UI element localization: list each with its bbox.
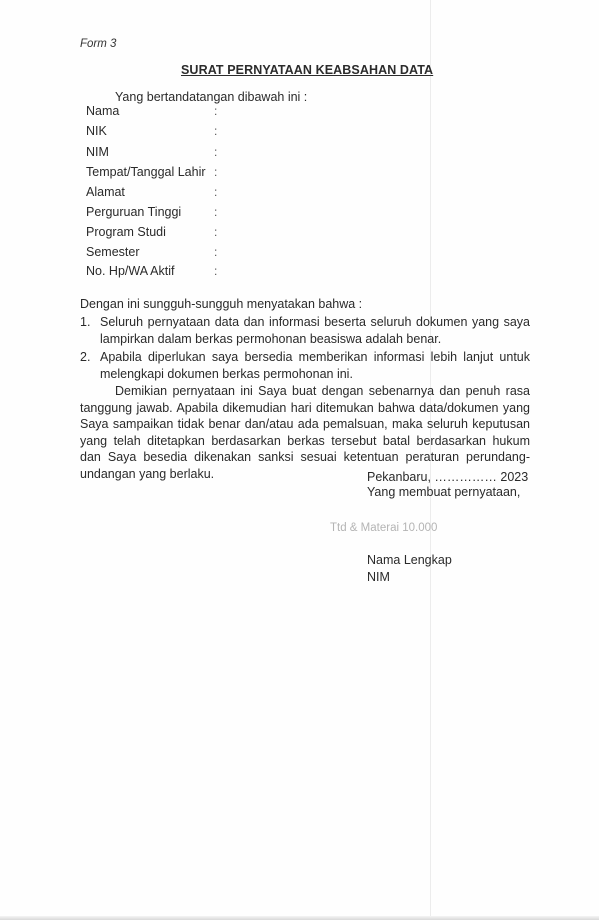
field-label-phone: No. Hp/WA Aktif [86, 264, 174, 278]
list-item: 1. Seluruh pernyataan data dan informasi… [80, 314, 530, 347]
list-item: 2. Apabila diperlukan saya bersedia memb… [80, 349, 530, 382]
signature-id: NIM [367, 570, 390, 584]
statement-list: 1. Seluruh pernyataan data dan informasi… [80, 314, 530, 384]
field-colon: : [214, 225, 217, 239]
field-label-address: Alamat [86, 185, 125, 199]
field-label-birth: Tempat/Tanggal Lahir [86, 165, 206, 179]
list-text: Apabila diperlukan saya bersedia memberi… [100, 349, 530, 382]
field-label-nim: NIM [86, 145, 109, 159]
signature-stamp-note: Ttd & Materai 10.000 [330, 522, 437, 534]
field-colon: : [214, 104, 217, 118]
signature-place-date: Pekanbaru, …………… 2023 [367, 470, 528, 484]
field-colon: : [214, 185, 217, 199]
page-bottom-edge [0, 916, 599, 920]
field-colon: : [214, 165, 217, 179]
field-label-university: Perguruan Tinggi [86, 205, 181, 219]
field-label-nama: Nama [86, 104, 119, 118]
list-number: 1. [80, 314, 100, 347]
signature-maker: Yang membuat pernyataan, [367, 485, 520, 499]
field-colon: : [214, 245, 217, 259]
document-title: SURAT PERNYATAAN KEABSAHAN DATA [181, 63, 433, 77]
intro-text: Yang bertandatangan dibawah ini : [115, 90, 307, 104]
field-colon: : [214, 124, 217, 138]
signature-name: Nama Lengkap [367, 553, 452, 567]
list-text: Seluruh pernyataan data dan informasi be… [100, 314, 530, 347]
field-label-semester: Semester [86, 245, 140, 259]
field-colon: : [214, 145, 217, 159]
closing-paragraph: Demikian pernyataan ini Saya buat dengan… [80, 383, 530, 482]
field-colon: : [214, 205, 217, 219]
statement-intro: Dengan ini sungguh-sungguh menyatakan ba… [80, 297, 362, 311]
field-label-program: Program Studi [86, 225, 166, 239]
list-number: 2. [80, 349, 100, 382]
field-colon: : [214, 264, 217, 278]
document-page: Form 3 SURAT PERNYATAAN KEABSAHAN DATA Y… [0, 0, 599, 920]
form-label: Form 3 [80, 38, 116, 50]
field-label-nik: NIK [86, 124, 107, 138]
